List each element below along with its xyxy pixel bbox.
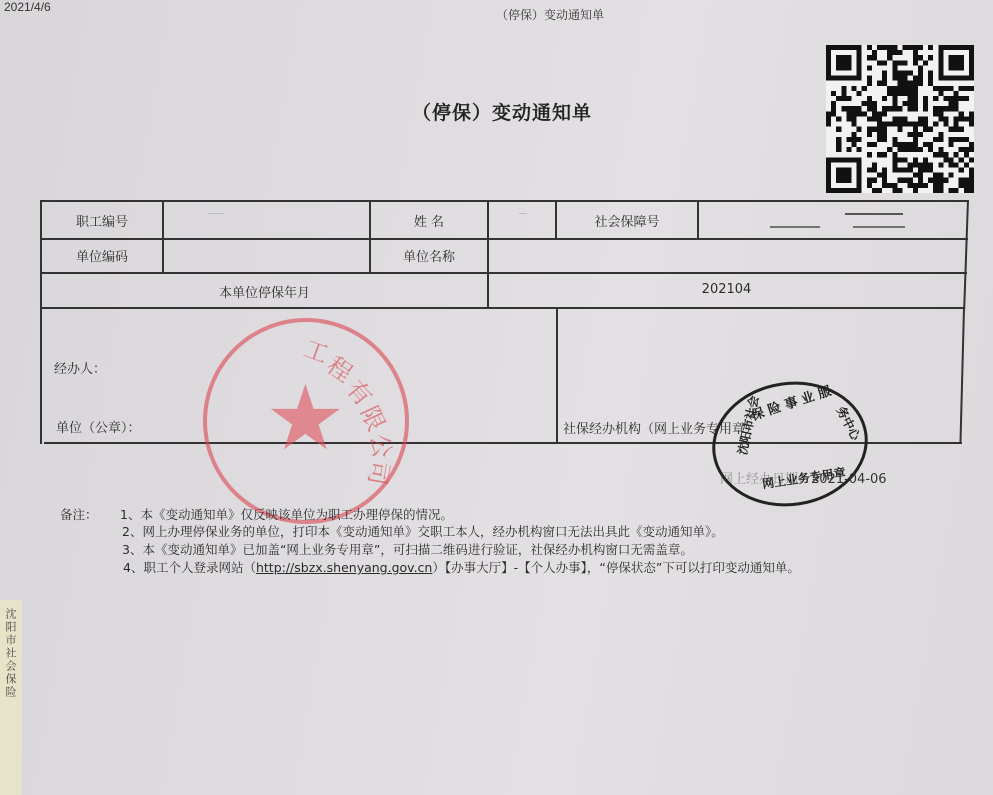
stop-month-value: 202104 (489, 282, 964, 297)
seal-date: 网上经办日期：2021-04-06 (720, 468, 887, 487)
print-header-title: （停保）变动通知单 (496, 6, 604, 23)
employee-no-label: 职工编号 (42, 211, 162, 230)
note-item4-suffix: ）【办事大厅】-【个人办事】，“停保状态”下可以打印变动通知单。 (432, 560, 799, 575)
seal-date-value: 2021-04-06 (811, 472, 887, 487)
notes-label: 备注： (60, 505, 98, 523)
unit-name-label: 单位名称 (371, 246, 487, 265)
ssn-label: 社会保障号 (557, 211, 697, 230)
qr-code-icon (826, 45, 974, 193)
seal-date-prefix: 网上经办日期： (720, 472, 811, 487)
note-item: 2、网上办理停保业务的单位，打印本《变动通知单》交职工本人，经办机构窗口无法出具… (122, 522, 724, 540)
stop-month-label: 本单位停保年月 (42, 282, 487, 301)
website-link[interactable]: http://sbzx.shenyang.gov.cn (256, 560, 432, 575)
company-seal: ★ 工 程 有 限 公 司 工程有限公司 (203, 318, 409, 524)
note-item: 1、本《变动通知单》仅反映该单位为职工办理停保的情况。 (120, 505, 453, 523)
name-label: 姓 名 (371, 211, 487, 230)
note-item4-prefix: 4、职工个人登录网站（ (123, 560, 256, 575)
note-item: 4、职工个人登录网站（http://sbzx.shenyang.gov.cn）【… (123, 558, 800, 576)
star-icon: ★ (265, 374, 346, 464)
underlying-paper-edge: 沈阳市社会保险 (0, 600, 22, 795)
unit-seal-label: 单位（公章）： (56, 417, 141, 436)
note-item: 3、本《变动通知单》已加盖“网上业务专用章”，可扫描二维码进行验证，社保经办机构… (122, 540, 693, 558)
document-title: （停保）变动通知单 (412, 98, 592, 125)
handler-label: 经办人： (54, 358, 106, 377)
print-date: 2021/4/6 (4, 0, 51, 14)
agency-seal: 保 险 事 业 服 务中心 沈阳市社会 网上业务专用章 社会保险事业服务中心 (704, 372, 876, 517)
unit-code-label: 单位编码 (42, 246, 162, 265)
